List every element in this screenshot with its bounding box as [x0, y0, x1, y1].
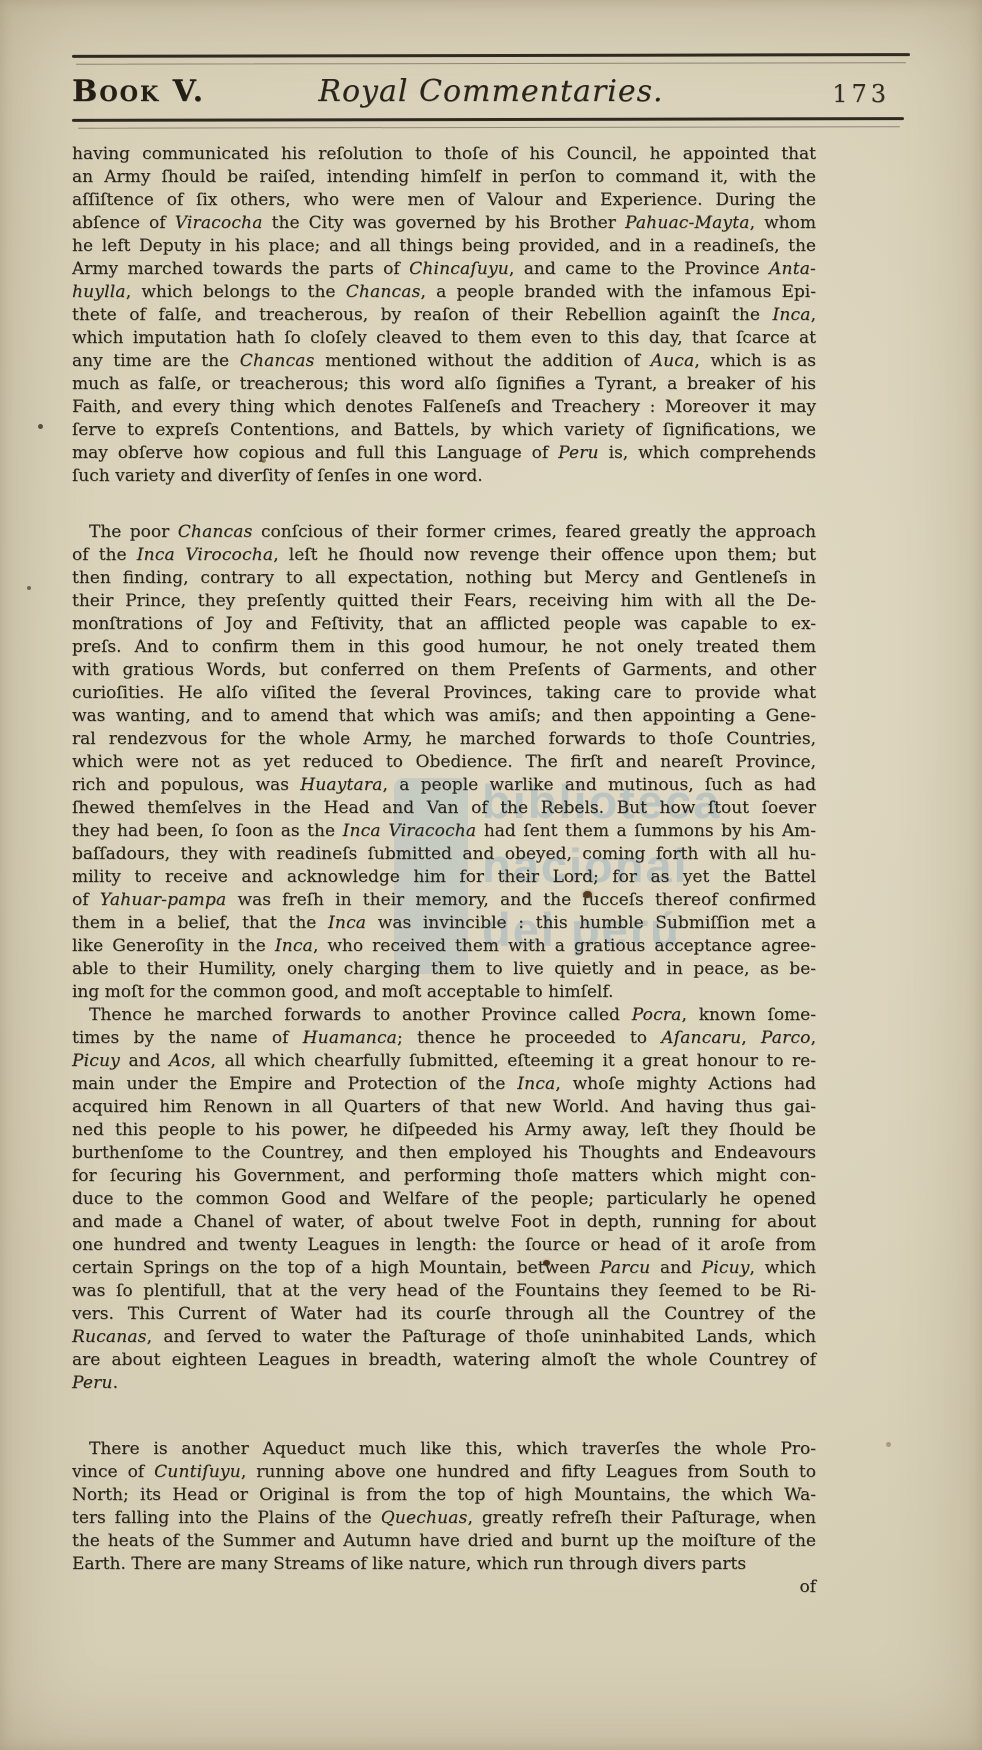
text-line: an Army ſhould be raiſed, intending himſ… — [72, 166, 816, 189]
text-line: for ſecuring his Government, and perform… — [72, 1165, 816, 1188]
text-line: Earth. There are many Streams of like na… — [72, 1553, 816, 1576]
text-line: Army marched towards the parts of Chinca… — [72, 258, 816, 281]
text-line: Picuy and Acos, all which chearfully ſub… — [72, 1050, 816, 1073]
text-line: certain Springs on the top of a high Mou… — [72, 1257, 816, 1280]
text-line: they had been, ſo ſoon as the Inca Virac… — [72, 820, 816, 843]
text-line: burthenſome to the Countrey, and then em… — [72, 1142, 816, 1165]
margin-dot — [27, 586, 31, 590]
text-line: and made a Chanel of water, of about twe… — [72, 1211, 816, 1234]
paragraph: Thence he marched forwards to another Pr… — [72, 1004, 816, 1395]
text-line: then finding, contrary to all expectatio… — [72, 567, 816, 590]
text-line: one hundred and twenty Leagues in length… — [72, 1234, 816, 1257]
text-line: may obſerve how copious and full this La… — [72, 442, 816, 465]
text-line: rich and populous, was Huaytara, a peopl… — [72, 774, 816, 797]
text-line: North; its Head or Original is from the … — [72, 1484, 816, 1507]
text-line: are about eighteen Leagues in breadth, w… — [72, 1349, 816, 1372]
text-line: the heats of the Summer and Autumn have … — [72, 1530, 816, 1553]
text-line: which imputation hath ſo cloſely cleaved… — [72, 327, 816, 350]
header-rule-top — [72, 53, 910, 58]
text-line: duce to the common Good and Welfare of t… — [72, 1188, 816, 1211]
text-line: preſs. And to confirm them in this good … — [72, 636, 816, 659]
text-line: vers. This Current of Water had its cour… — [72, 1303, 816, 1326]
text-line: There is another Aqueduct much like this… — [72, 1438, 816, 1461]
header-rule-bottom-echo — [78, 126, 900, 128]
text-line: he left Deputy in his place; and all thi… — [72, 235, 816, 258]
text-line: Peru. — [72, 1372, 816, 1395]
text-line: ſuch variety and diverſity of ſenſes in … — [72, 465, 816, 488]
text-line: of Yahuar-pampa was freſh in their memor… — [72, 889, 816, 912]
text-line: abſence of Viracocha the City was govern… — [72, 212, 816, 235]
body-text: having communicated his reſolution to th… — [72, 143, 816, 1599]
text-line: main under the Empire and Protection of … — [72, 1073, 816, 1096]
header-rule-top-echo — [76, 62, 906, 64]
text-line: aſſiſtence of ſix others, who were men o… — [72, 189, 816, 212]
page-number: 173 — [832, 80, 890, 108]
text-line: acquired him Renown in all Quarters of t… — [72, 1096, 816, 1119]
text-line: curioſities. He alſo viſited the ſeveral… — [72, 682, 816, 705]
text-line: times by the name of Huamanca; thence he… — [72, 1027, 816, 1050]
text-line: with gratious Words, but conferred on th… — [72, 659, 816, 682]
text-line: huylla, which belongs to the Chancas, a … — [72, 281, 816, 304]
text-line: any time are the Chancas mentioned witho… — [72, 350, 816, 373]
ink-speck — [583, 891, 592, 898]
ink-speck — [543, 1260, 550, 1266]
text-line: their Prince, they preſently quitted the… — [72, 590, 816, 613]
text-line: ſerve to expreſs Contentions, and Battel… — [72, 419, 816, 442]
text-line: thete of falſe, and treacherous, by reaſ… — [72, 304, 816, 327]
text-line: having communicated his reſolution to th… — [72, 143, 816, 166]
catchword: of — [72, 1576, 816, 1599]
text-line: them in a belief, that the Inca was invi… — [72, 912, 816, 935]
text-line: The poor Chancas conſcious of their form… — [72, 521, 816, 544]
text-line: monſtrations of Joy and Feſtivity, that … — [72, 613, 816, 636]
ink-speck — [886, 1442, 891, 1447]
book-page: Book V. Royal Commentaries. 173 bibliote… — [0, 0, 982, 1750]
text-line: ral rendezvous for the whole Army, he ma… — [72, 728, 816, 751]
text-line: which were not as yet reduced to Obedien… — [72, 751, 816, 774]
text-line: Thence he marched forwards to another Pr… — [72, 1004, 816, 1027]
text-line: able to their Humility, onely charging t… — [72, 958, 816, 981]
text-line: ſhewed themſelves in the Head and Van of… — [72, 797, 816, 820]
text-line: of the Inca Virococha, leſt he ſhould no… — [72, 544, 816, 567]
text-line: ters falling into the Plains of the Quec… — [72, 1507, 816, 1530]
paragraph: The poor Chancas conſcious of their form… — [72, 521, 816, 1004]
text-line: ing moſt for the common good, and moſt a… — [72, 981, 816, 1004]
text-line: mility to receive and acknowledge him fo… — [72, 866, 816, 889]
header-rule-bottom — [72, 117, 904, 122]
text-line: was wanting, and to amend that which was… — [72, 705, 816, 728]
text-line: much as falſe, or treacherous; this word… — [72, 373, 816, 396]
text-line: like Generoſity in the Inca, who receive… — [72, 935, 816, 958]
ink-speck — [261, 458, 266, 463]
paragraph: There is another Aqueduct much like this… — [72, 1438, 816, 1576]
text-line: Rucanas, and ſerved to water the Paſtura… — [72, 1326, 816, 1349]
text-line: Faith, and every thing which denotes Fal… — [72, 396, 816, 419]
margin-dot — [38, 424, 43, 429]
text-line: vince of Cuntiſuyu, running above one hu… — [72, 1461, 816, 1484]
text-line: ned this people to his power, he diſpeed… — [72, 1119, 816, 1142]
text-line: baſſadours, they with readineſs ſubmitte… — [72, 843, 816, 866]
paragraph: having communicated his reſolution to th… — [72, 143, 816, 488]
text-line: was ſo plentifull, that at the very head… — [72, 1280, 816, 1303]
